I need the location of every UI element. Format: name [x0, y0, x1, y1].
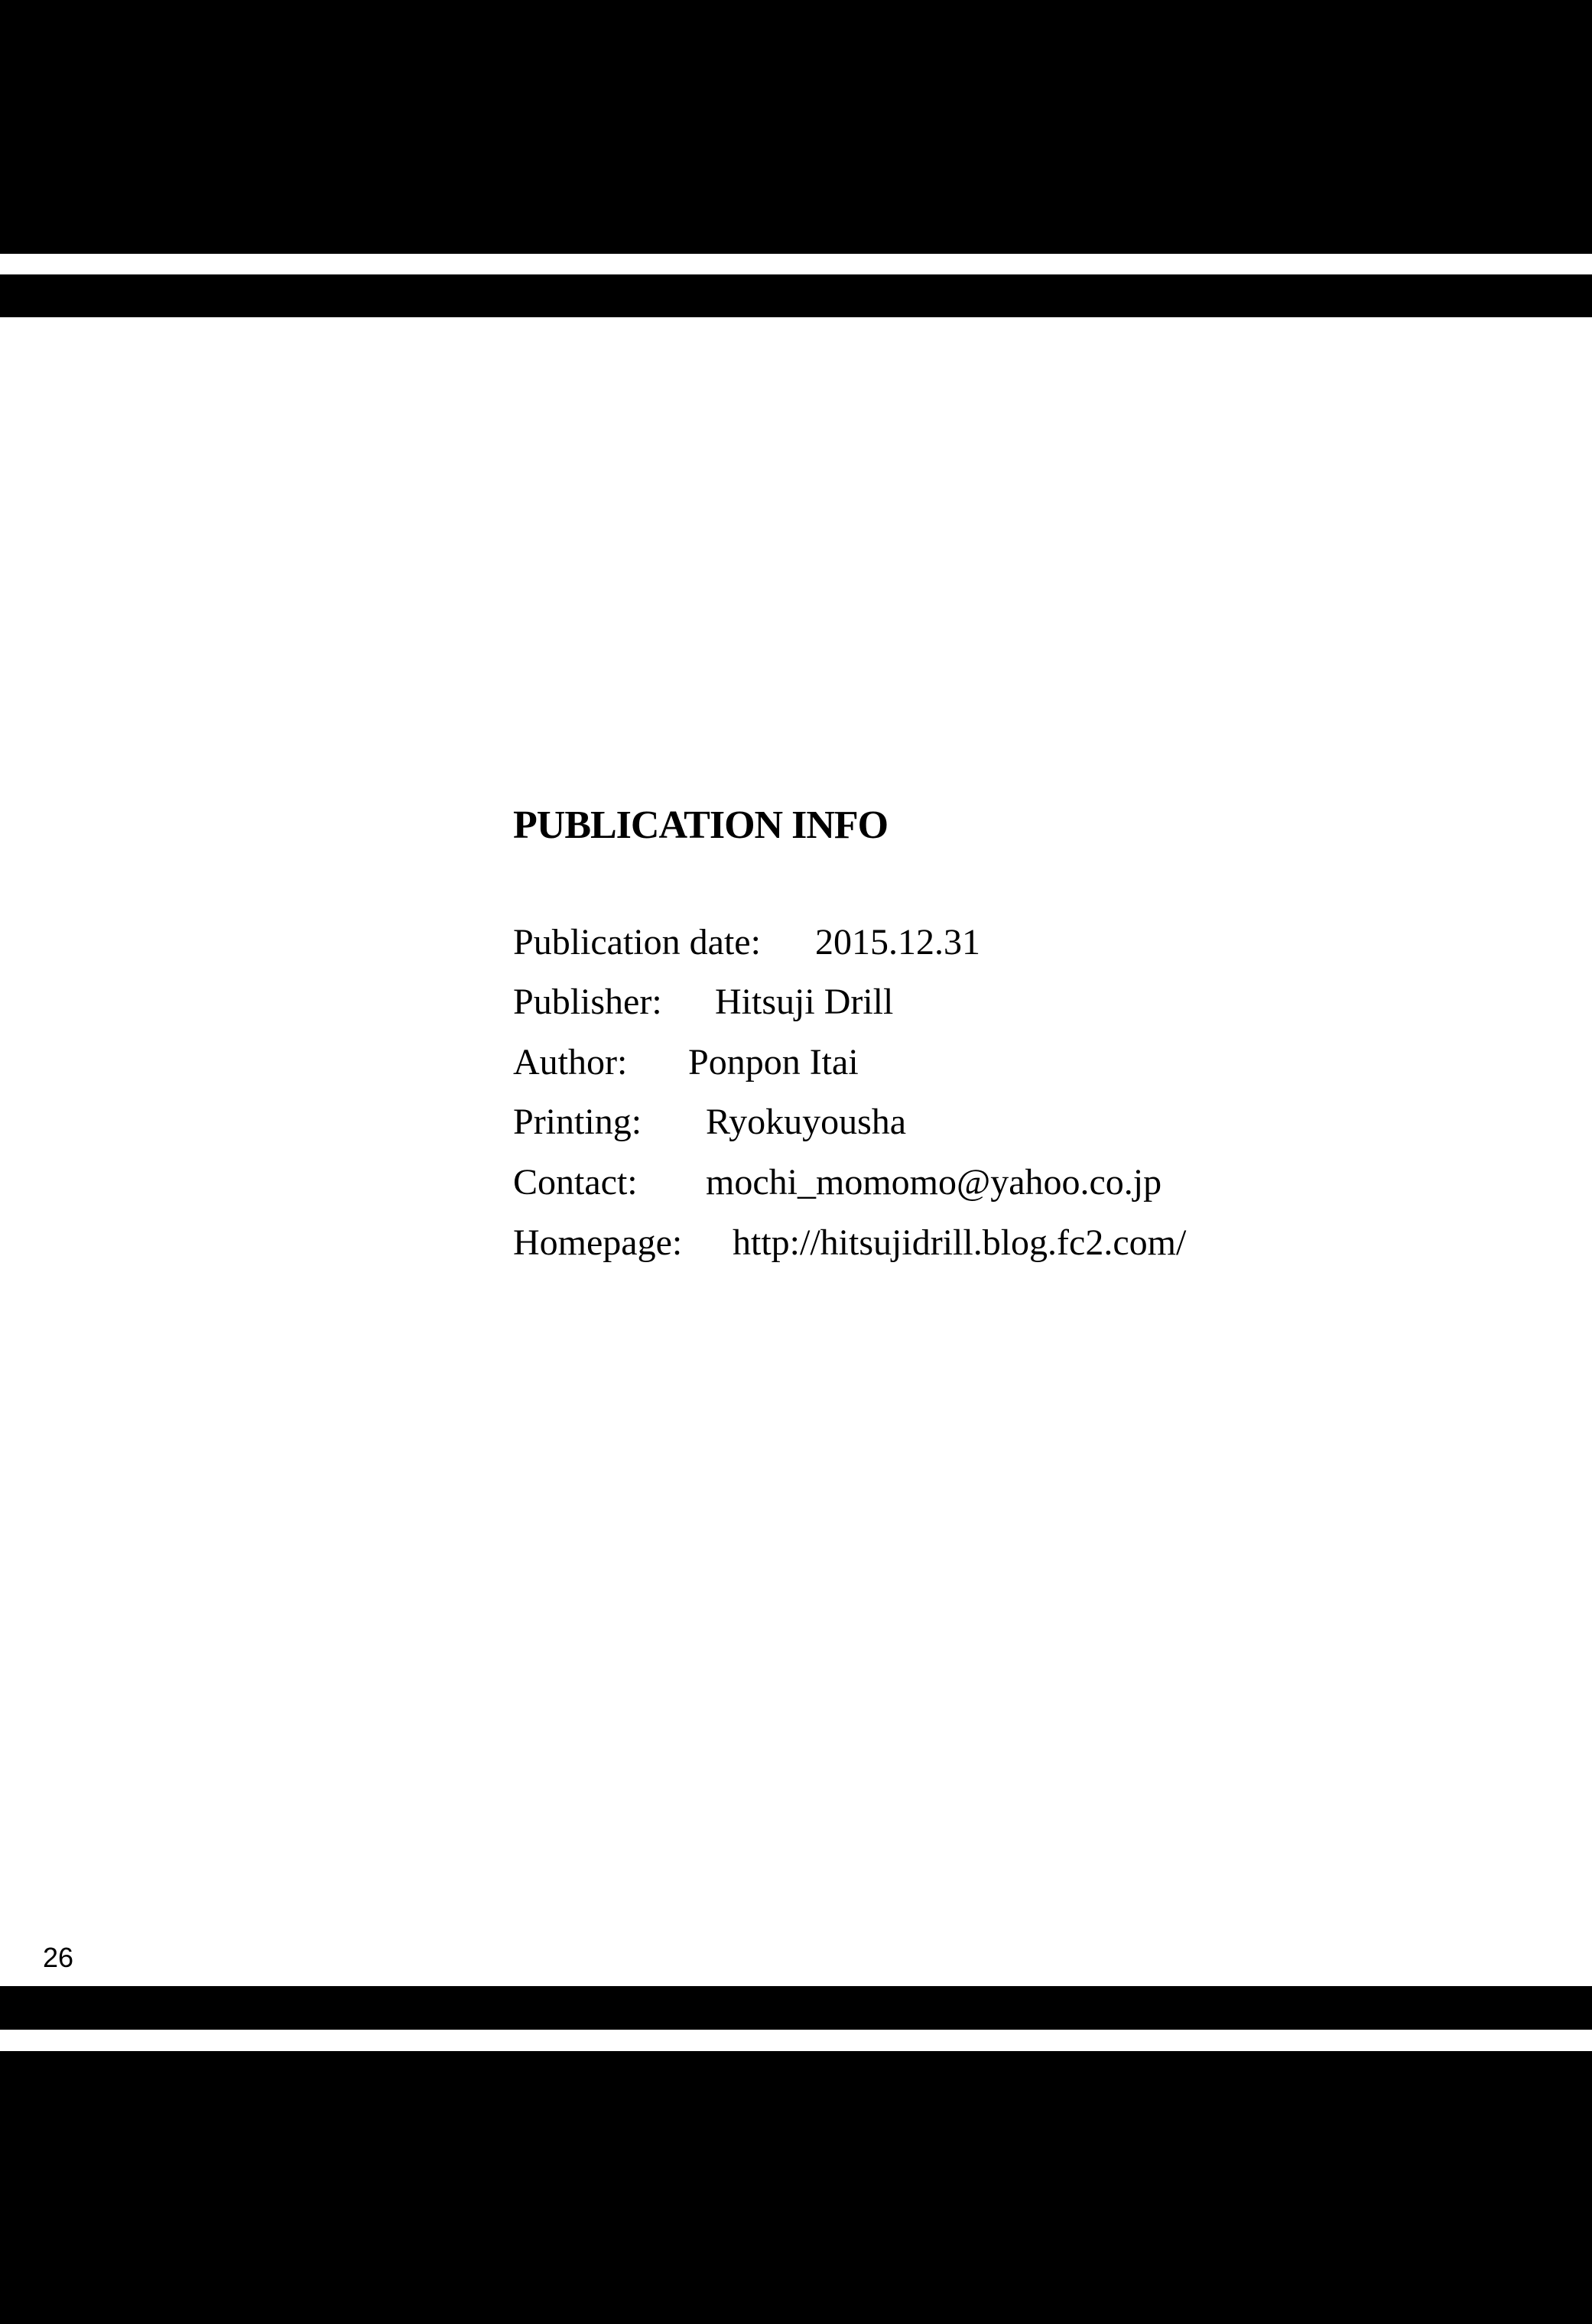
page-title: PUBLICATION INFO: [513, 803, 888, 848]
bottom-black-band: [0, 2051, 1592, 2324]
top-black-band: [0, 0, 1592, 254]
info-row-author: Author: Ponpon Itai: [513, 1041, 1507, 1087]
info-label: Publication date:: [513, 921, 761, 963]
info-label: Contact:: [513, 1161, 638, 1203]
info-label: Author:: [513, 1041, 627, 1083]
info-label: Homepage:: [513, 1222, 682, 1264]
info-row-publication-date: Publication date: 2015.12.31: [513, 921, 1507, 967]
top-black-stripe: [0, 274, 1592, 317]
info-value: http://hitsujidrill.blog.fc2.com/: [733, 1222, 1186, 1264]
bottom-black-stripe: [0, 1986, 1592, 2030]
page-number: 26: [43, 1942, 73, 1974]
info-value: mochi_momomo@yahoo.co.jp: [706, 1161, 1162, 1203]
info-value: Hitsuji Drill: [715, 981, 893, 1023]
info-row-contact: Contact: mochi_momomo@yahoo.co.jp: [513, 1161, 1507, 1207]
info-label: Printing:: [513, 1101, 642, 1143]
info-row-homepage: Homepage: http://hitsujidrill.blog.fc2.c…: [513, 1222, 1507, 1267]
info-label: Publisher:: [513, 981, 662, 1023]
info-value: Ponpon Itai: [688, 1041, 859, 1083]
info-value: Ryokuyousha: [706, 1101, 906, 1143]
info-value: 2015.12.31: [815, 921, 980, 963]
info-row-printing: Printing: Ryokuyousha: [513, 1101, 1507, 1147]
info-row-publisher: Publisher: Hitsuji Drill: [513, 981, 1507, 1027]
